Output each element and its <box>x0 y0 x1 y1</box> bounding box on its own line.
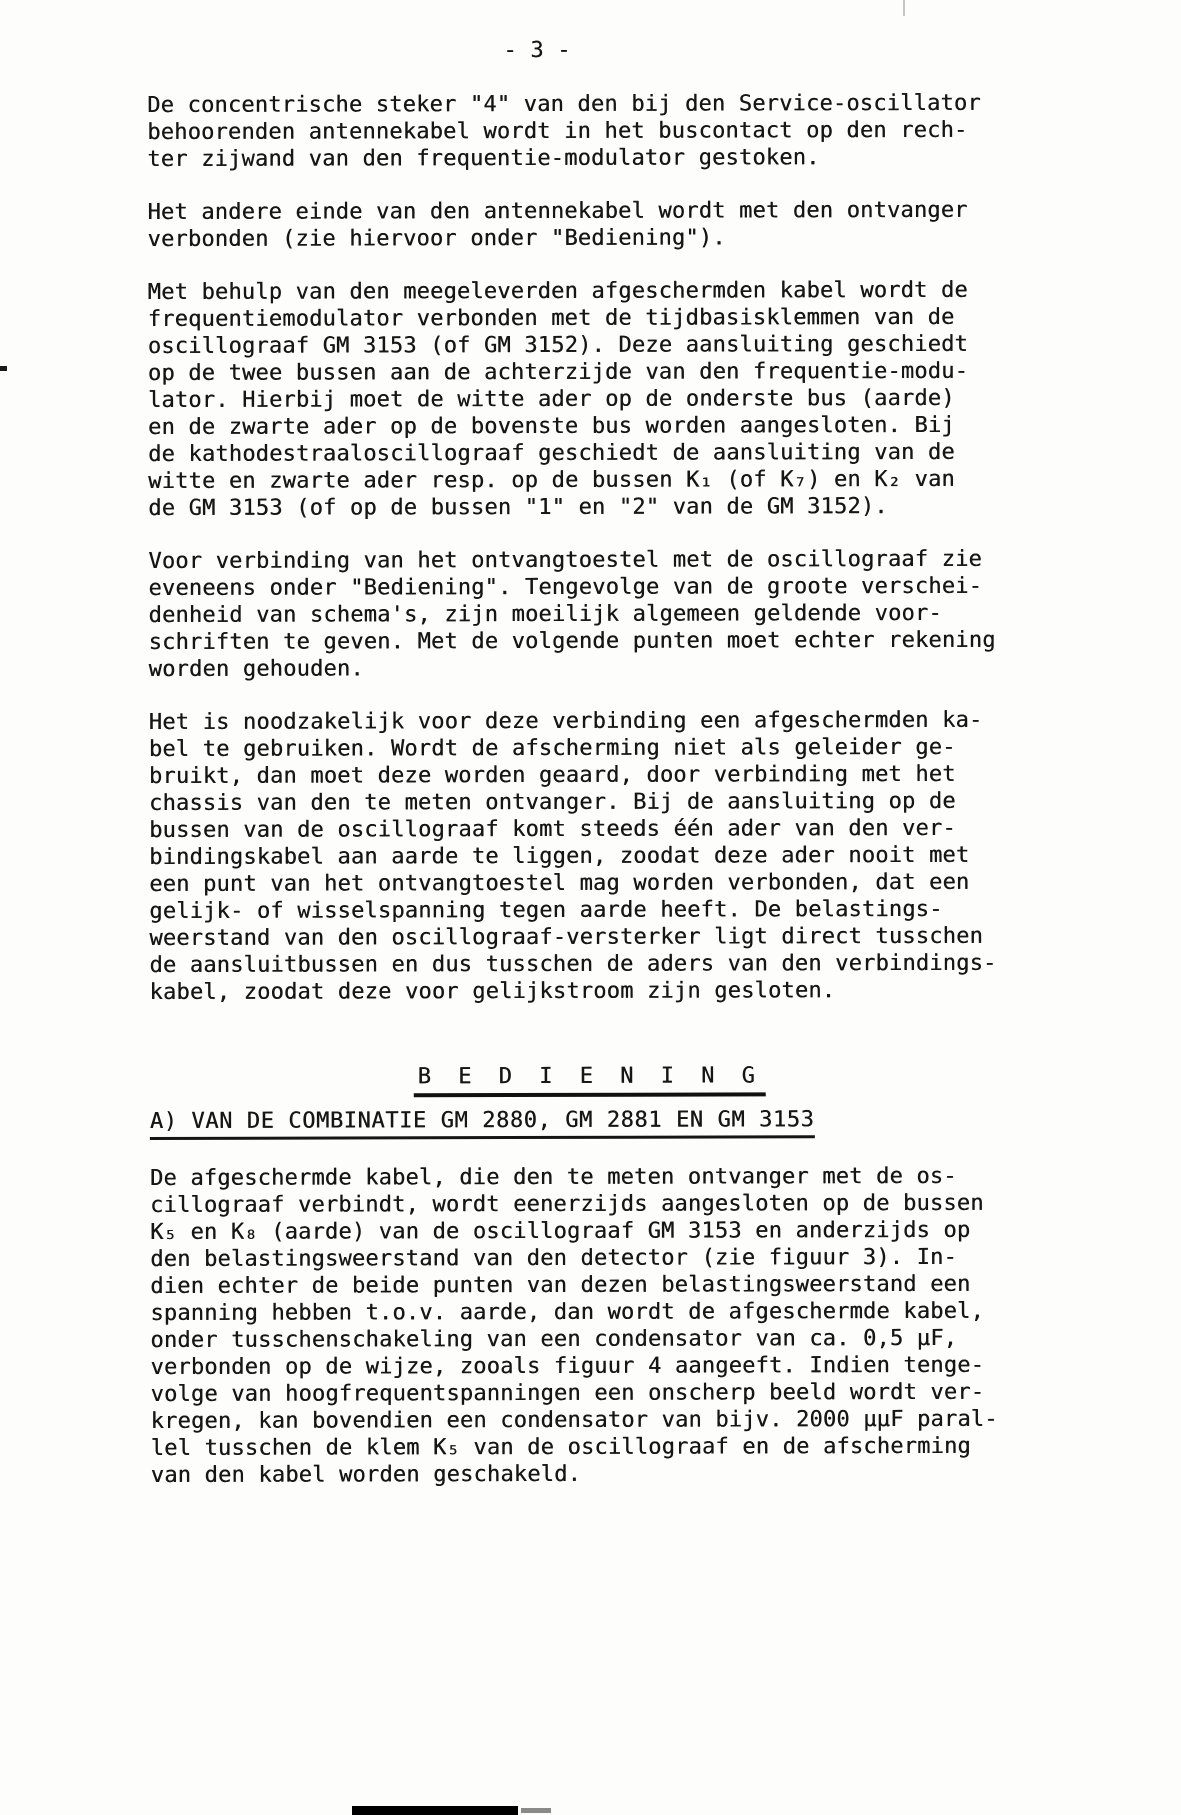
text-line: bruikt, dan moet deze worden geaard, doo… <box>149 761 1029 790</box>
text-line: gelijk- of wisselspanning tegen aarde he… <box>149 896 1029 925</box>
section-heading-text: B E D I E N I N G <box>414 1062 766 1097</box>
paragraph-grounding-rules: Het is noodzakelijk voor deze verbinding… <box>149 707 1030 1006</box>
subsection-heading-text: A) VAN DE COMBINATIE GM 2880, GM 2881 EN… <box>150 1106 815 1140</box>
text-line: chassis van den te meten ontvanger. Bij … <box>149 788 1029 817</box>
text-line: De concentrische steker "4" van den bij … <box>147 90 1027 119</box>
text-line: Het andere einde van den antennekabel wo… <box>147 197 1027 226</box>
text-line: bindingskabel aan aarde te liggen, zooda… <box>149 842 1029 871</box>
scan-artifact-bottom-bar <box>352 1806 518 1815</box>
text-line: kabel, zoodat deze voor gelijkstroom zij… <box>149 977 1029 1006</box>
text-line: den belastingsweerstand van den detector… <box>150 1244 1030 1273</box>
text-line: van den kabel worden geschakeld. <box>151 1460 1031 1489</box>
text-line: bel te gebruiken. Wordt de afscherming n… <box>149 734 1029 763</box>
text-line: oscillograaf GM 3153 (of GM 3152). Deze … <box>148 331 1028 360</box>
text-line: bussen van de oscillograaf komt steeds é… <box>149 815 1029 844</box>
text-line: behoorenden antennekabel wordt in het bu… <box>147 117 1027 146</box>
text-line: Met behulp van den meegeleverden afgesch… <box>148 277 1028 306</box>
text-line: dien echter de beide punten van dezen be… <box>150 1271 1030 1300</box>
text-line: denheid van schema's, zijn moeilijk alge… <box>148 600 1028 629</box>
text-line: Voor verbinding van het ontvangtoestel m… <box>148 546 1028 575</box>
text-line: lel tusschen de klem K₅ van de oscillogr… <box>151 1433 1031 1462</box>
text-line: en de zwarte ader op de bovenste bus wor… <box>148 412 1028 441</box>
text-line: de aansluitbussen en dus tusschen de ade… <box>149 950 1029 979</box>
text-line: ter zijwand van den frequentie-modulator… <box>147 144 1027 173</box>
text-line: cillograaf verbindt, wordt eenerzijds aa… <box>150 1190 1030 1219</box>
text-line: witte en zwarte ader resp. op de bussen … <box>148 466 1028 495</box>
text-line: Het is noodzakelijk voor deze verbinding… <box>149 707 1029 736</box>
subsection-heading-combinatie: A) VAN DE COMBINATIE GM 2880, GM 2881 EN… <box>150 1106 1030 1140</box>
text-line: frequentiemodulator verbonden met de tij… <box>148 304 1028 333</box>
text-line: kregen, kan bovendien een condensator va… <box>151 1406 1031 1435</box>
text-line: verbonden (zie hiervoor onder "Bediening… <box>147 224 1027 253</box>
text-line: schriften te geven. Met de volgende punt… <box>149 627 1029 656</box>
text-line: de GM 3153 (of op de bussen "1" en "2" v… <box>148 493 1028 522</box>
text-line: eveneens onder "Bediening". Tengevolge v… <box>148 573 1028 602</box>
text-line: spanning hebben t.o.v. aarde, dan wordt … <box>150 1298 1030 1327</box>
text-line: een punt van het ontvangtoestel mag word… <box>149 869 1029 898</box>
page-content: - 3 - De concentrische steker "4" van de… <box>147 36 1031 1515</box>
text-line: De afgeschermde kabel, die den te meten … <box>150 1163 1030 1192</box>
document-page: - 3 - De concentrische steker "4" van de… <box>0 0 1181 1815</box>
paragraph-shielded-cable-connection: Met behulp van den meegeleverden afgesch… <box>148 277 1029 522</box>
scan-artifact-bottom-bar-light <box>521 1808 551 1813</box>
text-line: verbonden op de wijze, zooals figuur 4 a… <box>150 1352 1030 1381</box>
text-line: de kathodestraaloscillograaf geschiedt d… <box>148 439 1028 468</box>
scan-artifact-left-dash <box>0 366 7 371</box>
section-heading-bediening: B E D I E N I N G <box>150 1062 1030 1098</box>
page-number: - 3 - <box>147 36 927 65</box>
paragraph-connector-plug: De concentrische steker "4" van den bij … <box>147 90 1027 173</box>
text-line: volge van hoogfrequentspanningen een ons… <box>151 1379 1031 1408</box>
text-line: worden gehouden. <box>149 654 1029 683</box>
text-line: lator. Hierbij moet de witte ader op de … <box>148 385 1028 414</box>
text-line: op de twee bussen aan de achterzijde van… <box>148 358 1028 387</box>
paragraph-combination-wiring: De afgeschermde kabel, die den te meten … <box>150 1163 1031 1489</box>
text-line: weerstand van den oscillograaf-versterke… <box>149 923 1029 952</box>
text-line: onder tusschenschakeling van een condens… <box>150 1325 1030 1354</box>
paragraph-receiver-connection-note: Voor verbinding van het ontvangtoestel m… <box>148 546 1028 683</box>
scan-artifact-top-mark <box>903 0 905 16</box>
paragraph-antenna-cable: Het andere einde van den antennekabel wo… <box>147 197 1027 253</box>
text-line: K₅ en K₈ (aarde) van de oscillograaf GM … <box>150 1217 1030 1246</box>
